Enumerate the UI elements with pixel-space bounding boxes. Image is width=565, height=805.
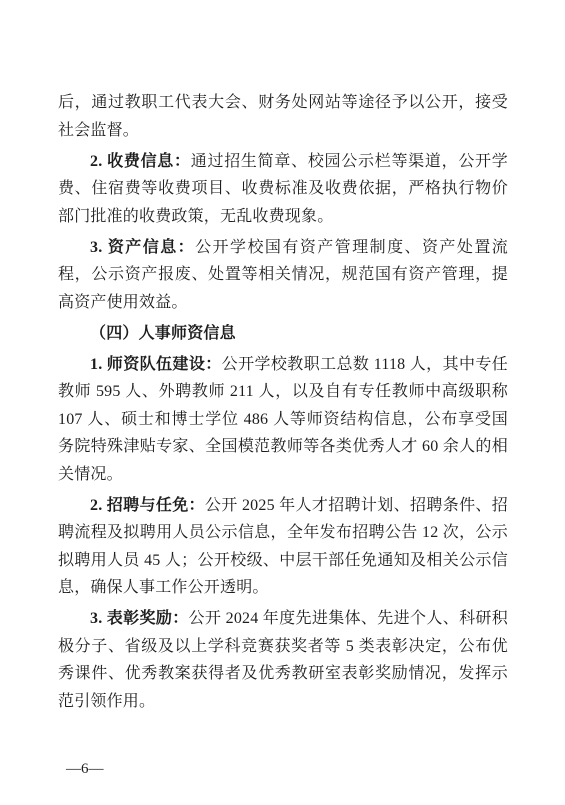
- paragraph-lead: （四）人事师资信息: [90, 325, 236, 342]
- document-body: 后，通过教职工代表大会、财务处网站等途径予以公开，接受社会监督。2. 收费信息：…: [58, 89, 508, 715]
- paragraph-lead: 2. 招聘与任免：: [90, 497, 205, 514]
- document-page: 后，通过教职工代表大会、财务处网站等途径予以公开，接受社会监督。2. 收费信息：…: [0, 0, 565, 805]
- page-number: —6—: [66, 760, 104, 778]
- paragraph-text: 公开学校教职工总数 1118 人，其中专任教师 595 人、外聘教师 211 人…: [58, 356, 508, 483]
- paragraph: 2. 招聘与任免：公开 2025 年人才招聘计划、招聘条件、招聘流程及拟聘用人员…: [58, 492, 508, 602]
- paragraph-lead: 1. 师资队伍建设：: [90, 356, 222, 373]
- paragraph-text: 后，通过教职工代表大会、财务处网站等途径予以公开，接受社会监督。: [58, 94, 508, 139]
- paragraph: 2. 收费信息：通过招生简章、校园公示栏等渠道，公开学费、住宿费等收费项目、收费…: [58, 148, 508, 231]
- section-heading: （四）人事师资信息: [58, 320, 508, 348]
- paragraph-lead: 3. 表彰奖励：: [90, 610, 189, 627]
- paragraph-lead: 2. 收费信息：: [90, 153, 191, 170]
- paragraph: 3. 资产信息：公开学校国有资产管理制度、资产处置流程，公示资产报废、处置等相关…: [58, 234, 508, 317]
- paragraph: 1. 师资队伍建设：公开学校教职工总数 1118 人，其中专任教师 595 人、…: [58, 351, 508, 489]
- paragraph-lead: 3. 资产信息：: [90, 239, 195, 256]
- paragraph: 3. 表彰奖励：公开 2024 年度先进集体、先进个人、科研积极分子、省级及以上…: [58, 605, 508, 715]
- paragraph: 后，通过教职工代表大会、财务处网站等途径予以公开，接受社会监督。: [58, 89, 508, 144]
